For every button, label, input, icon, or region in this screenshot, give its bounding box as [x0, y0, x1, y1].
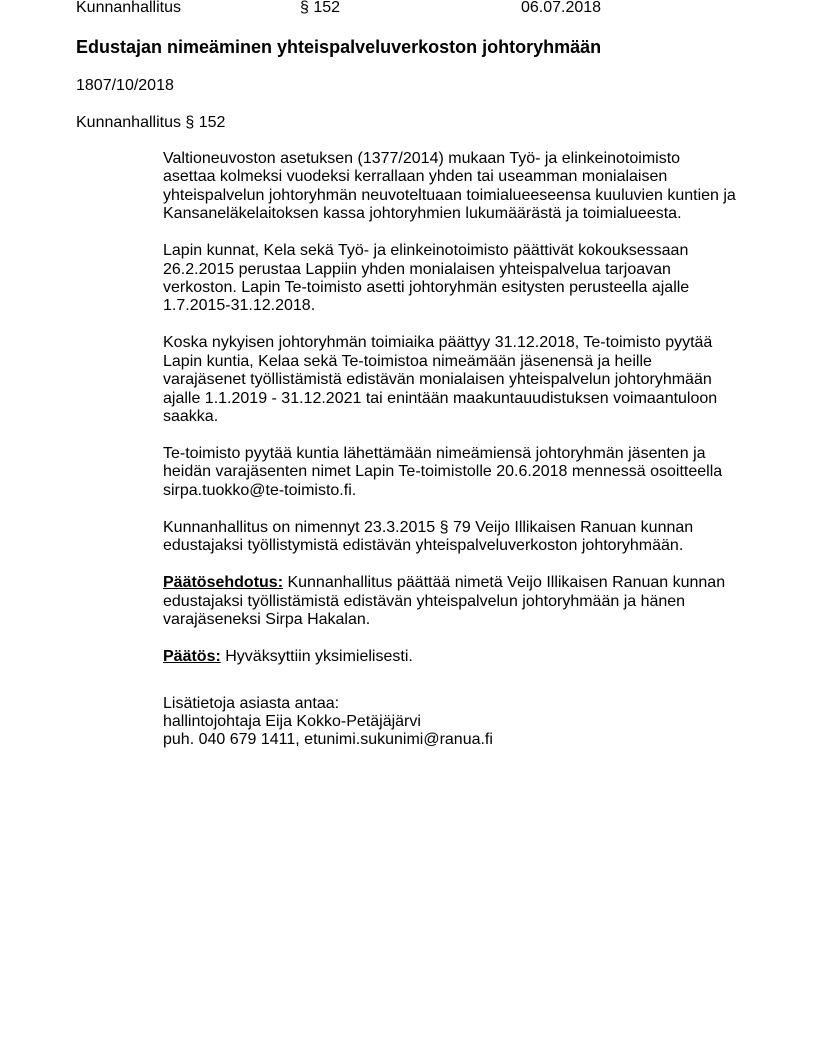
diary-number: 1807/10/2018: [76, 76, 174, 96]
proposal-label: Päätösehdotus:: [163, 574, 283, 591]
paragraph-previous-appointment: Kunnanhallitus on nimennyt 23.3.2015 § 7…: [163, 519, 753, 556]
paragraph-background: Valtioneuvoston asetuksen (1377/2014) mu…: [163, 150, 753, 224]
document-content: Valtioneuvoston asetuksen (1377/2014) mu…: [163, 150, 753, 768]
document-title: Edustajan nimeäminen yhteispalveluverkos…: [76, 36, 601, 58]
decision: Päätös: Hyväksyttiin yksimielisesti.: [163, 648, 753, 666]
decision-proposal: Päätösehdotus: Kunnanhallitus päättää ni…: [163, 574, 753, 629]
contact-info: Lisätietoja asiasta antaa: hallintojohta…: [163, 695, 753, 750]
contact-name: hallintojohtaja Eija Kokko-Petäjäjärvi: [163, 713, 421, 730]
contact-details: puh. 040 679 1411, etunimi.sukunimi@ranu…: [163, 731, 493, 748]
header-section-number: § 152: [300, 0, 340, 18]
decision-text: Hyväksyttiin yksimielisesti.: [221, 648, 413, 665]
contact-intro: Lisätietoja asiasta antaa:: [163, 695, 339, 712]
decision-label: Päätös:: [163, 648, 221, 665]
header-date: 06.07.2018: [521, 0, 601, 18]
body-reference: Kunnanhallitus § 152: [76, 113, 225, 133]
paragraph-term: Koska nykyisen johtoryhmän toimiaika pää…: [163, 334, 753, 426]
paragraph-network: Lapin kunnat, Kela sekä Työ- ja elinkein…: [163, 242, 753, 316]
page-header: Kunnanhallitus § 152 06.07.2018: [76, 0, 776, 18]
header-body-name: Kunnanhallitus: [76, 0, 181, 18]
paragraph-request: Te-toimisto pyytää kuntia lähettämään ni…: [163, 445, 753, 500]
